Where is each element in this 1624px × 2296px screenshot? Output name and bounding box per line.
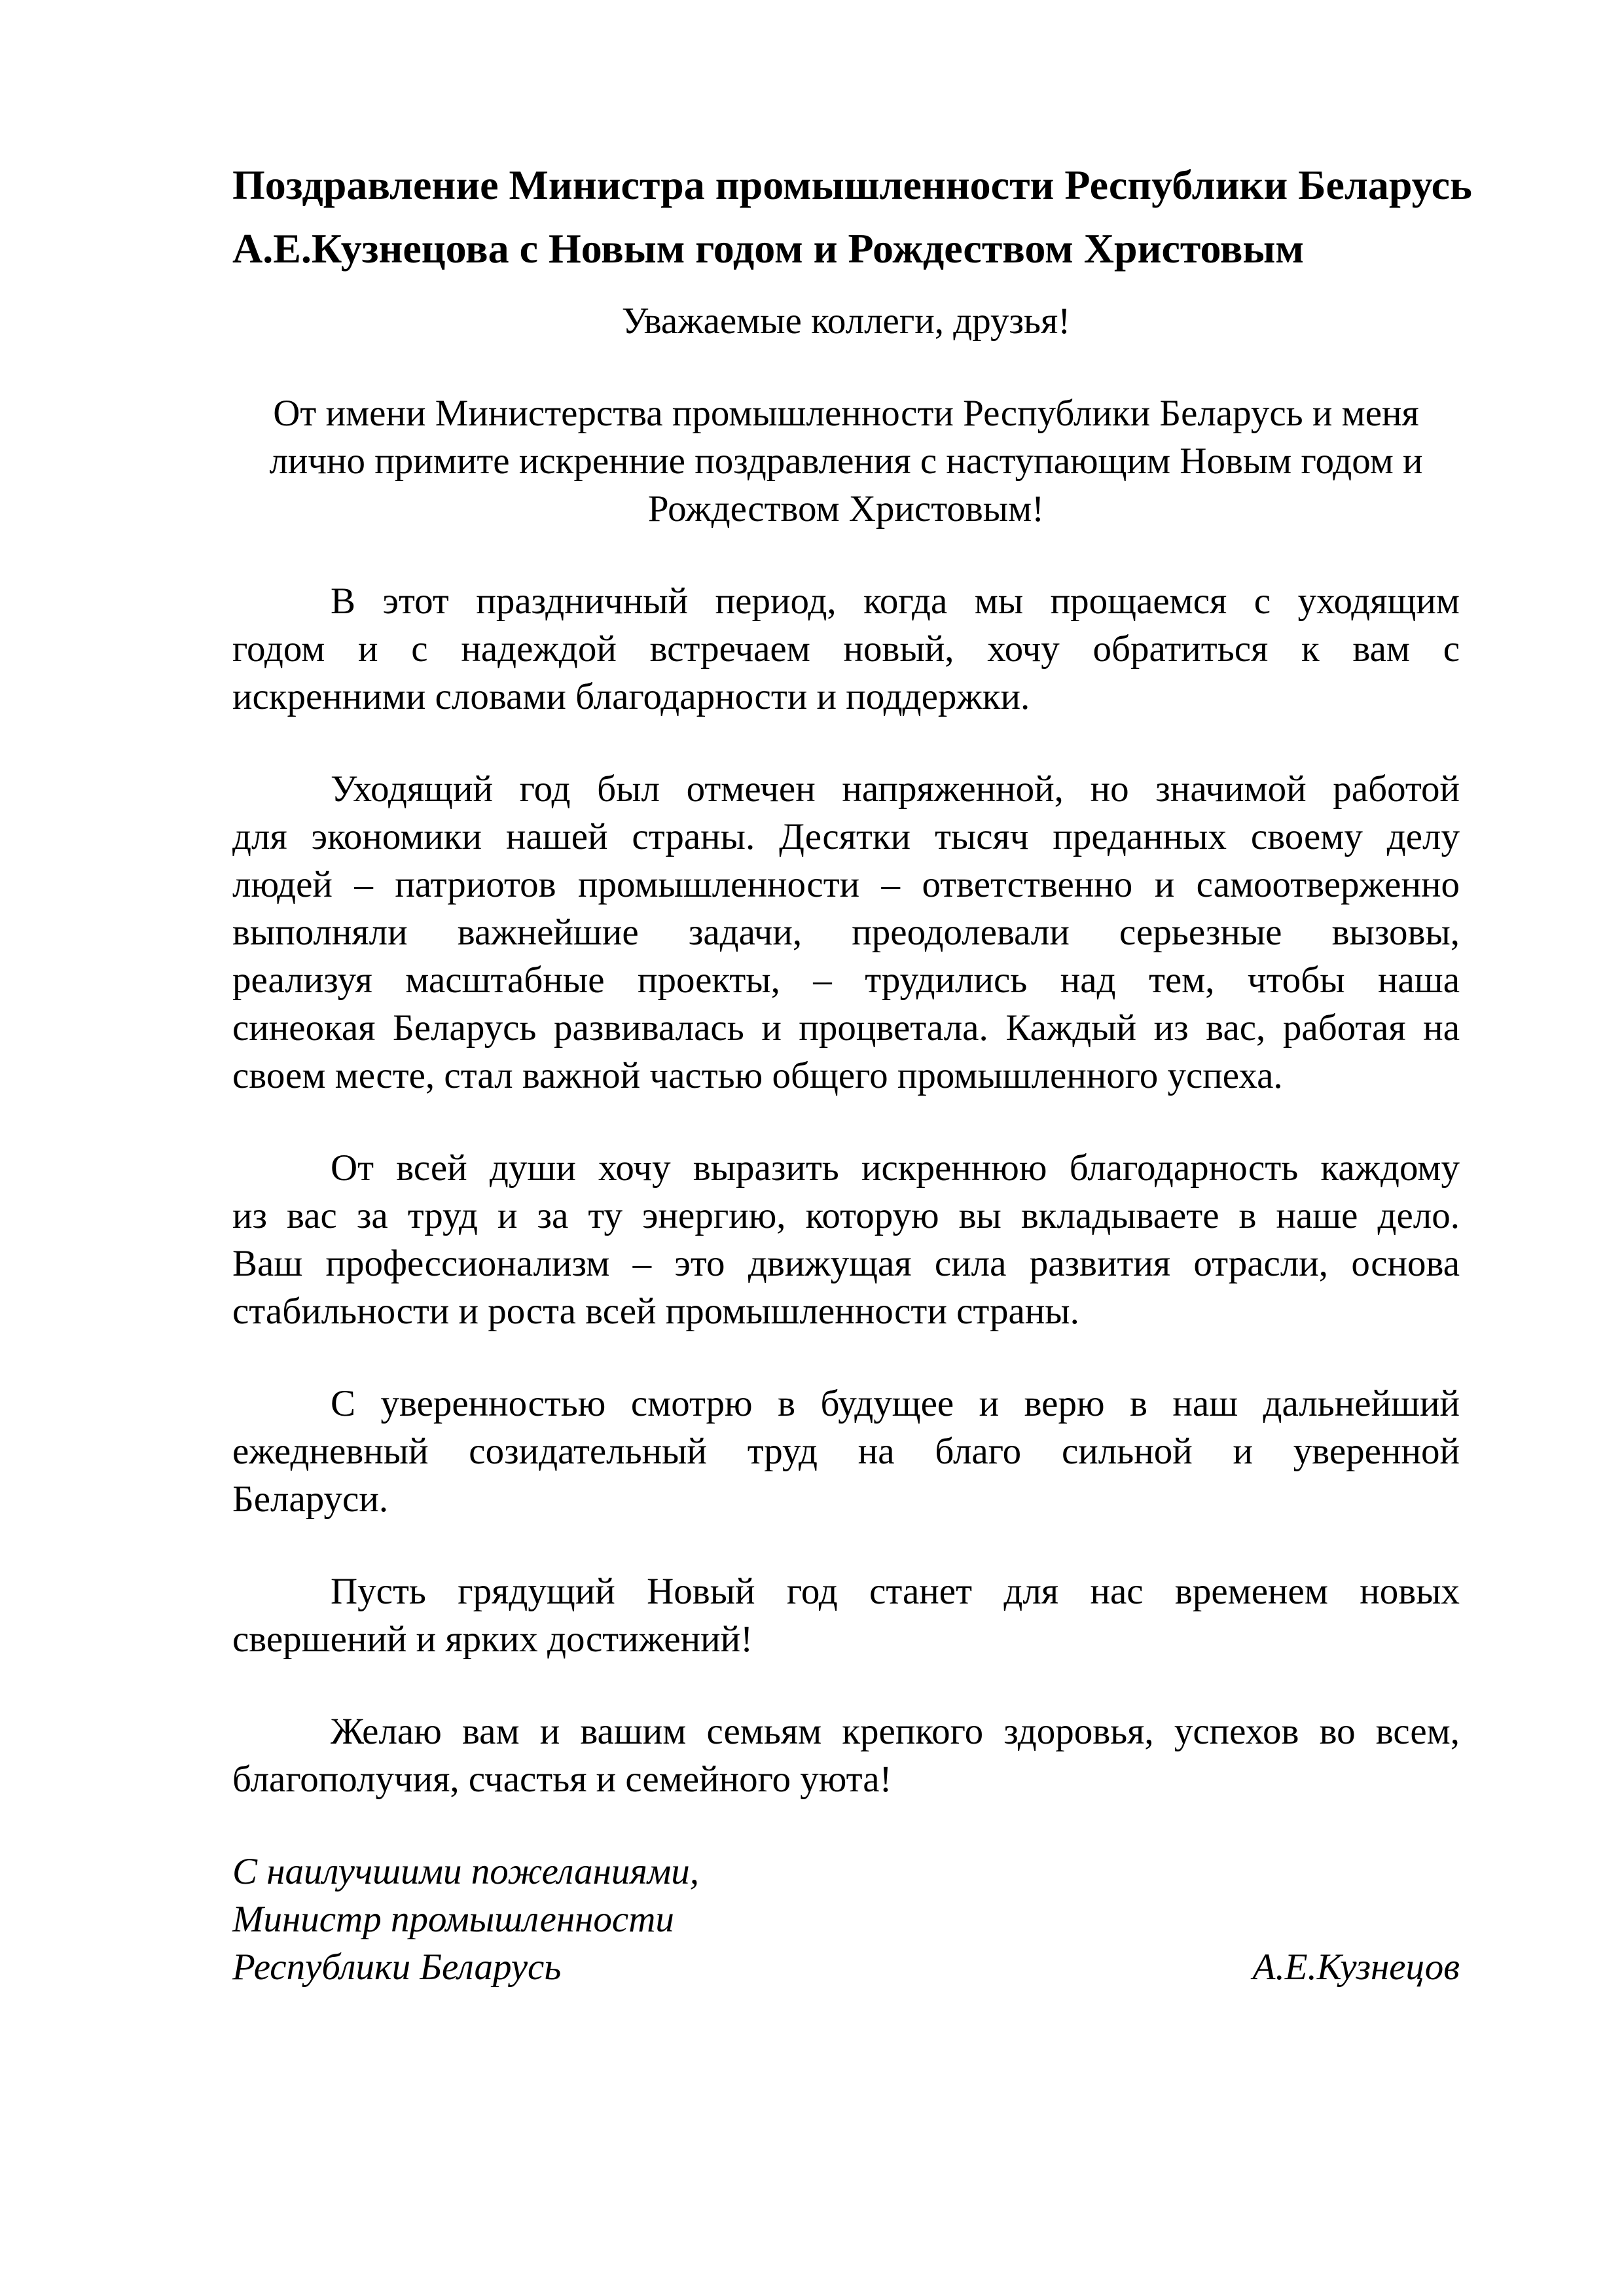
paragraph-line: Желаю вам и вашим семьям крепкого здоров…: [232, 1708, 1460, 1755]
paragraph-line: своем месте, стал важной частью общего п…: [232, 1052, 1460, 1100]
paragraph-line: годом и с надеждой встречаем новый, хочу…: [232, 625, 1460, 673]
signature-row: Республики Беларусь А.Е.Кузнецов: [232, 1943, 1460, 1991]
paragraph: В этот праздничный период, когда мы прощ…: [232, 577, 1460, 721]
signature-position-line-2: Республики Беларусь: [232, 1943, 561, 1991]
greeting: Уважаемые коллеги, друзья!: [232, 297, 1460, 345]
paragraph-line: из вас за труд и за ту энергию, которую …: [232, 1192, 1460, 1240]
paragraph-line: выполняли важнейшие задачи, преодолевали…: [232, 908, 1460, 956]
paragraph-line: Рождеством Христовым!: [232, 485, 1460, 533]
paragraph: Пусть грядущий Новый год станет для нас …: [232, 1568, 1460, 1663]
paragraph-line: синеокая Беларусь развивалась и процвета…: [232, 1004, 1460, 1052]
paragraph-line: людей – патриотов промышленности – ответ…: [232, 861, 1460, 908]
paragraph: Желаю вам и вашим семьям крепкого здоров…: [232, 1708, 1460, 1803]
paragraph-line: От всей души хочу выразить искреннюю бла…: [232, 1144, 1460, 1192]
signature-block: С наилучшими пожеланиями, Министр промыш…: [232, 1848, 1460, 1991]
paragraph-line: лично примите искренние поздравления с н…: [232, 437, 1460, 485]
paragraph-line: Уходящий год был отмечен напряженной, но…: [232, 765, 1460, 813]
paragraph-line: благополучия, счастья и семейного уюта!: [232, 1755, 1460, 1803]
signature-closing: С наилучшими пожеланиями,: [232, 1848, 1460, 1895]
paragraph: От имени Министерства промышленности Рес…: [232, 389, 1460, 533]
paragraph-line: От имени Министерства промышленности Рес…: [232, 389, 1460, 437]
paragraph: Уходящий год был отмечен напряженной, но…: [232, 765, 1460, 1100]
paragraph-line: для экономики нашей страны. Десятки тыся…: [232, 813, 1460, 861]
paragraph: С уверенностью смотрю в будущее и верю в…: [232, 1380, 1460, 1523]
paragraph-line: Ваш профессионализм – это движущая сила …: [232, 1240, 1460, 1287]
title-line: Поздравление Министра промышленности Рес…: [232, 153, 1460, 217]
paragraph-line: С уверенностью смотрю в будущее и верю в…: [232, 1380, 1460, 1427]
paragraph-line: искренними словами благодарности и подде…: [232, 673, 1460, 721]
paragraph-line: ежедневный созидательный труд на благо с…: [232, 1427, 1460, 1475]
paragraph: От всей души хочу выразить искреннюю бла…: [232, 1144, 1460, 1335]
paragraph-line: Пусть грядущий Новый год станет для нас …: [232, 1568, 1460, 1615]
signature-name: А.Е.Кузнецов: [1253, 1943, 1460, 1991]
title-line: А.Е.Кузнецова с Новым годом и Рождеством…: [232, 217, 1460, 280]
paragraphs: От имени Министерства промышленности Рес…: [232, 389, 1460, 1803]
paragraph-line: реализуя масштабные проекты, – трудились…: [232, 956, 1460, 1004]
page: Поздравление Министра промышленности Рес…: [0, 0, 1624, 2296]
document-title: Поздравление Министра промышленности Рес…: [232, 153, 1460, 280]
paragraph-line: свершений и ярких достижений!: [232, 1615, 1460, 1663]
paragraph-line: стабильности и роста всей промышленности…: [232, 1287, 1460, 1335]
paragraph-line: Беларуси.: [232, 1475, 1460, 1523]
paragraph-line: В этот праздничный период, когда мы прощ…: [232, 577, 1460, 625]
signature-position-line-1: Министр промышленности: [232, 1895, 1460, 1943]
